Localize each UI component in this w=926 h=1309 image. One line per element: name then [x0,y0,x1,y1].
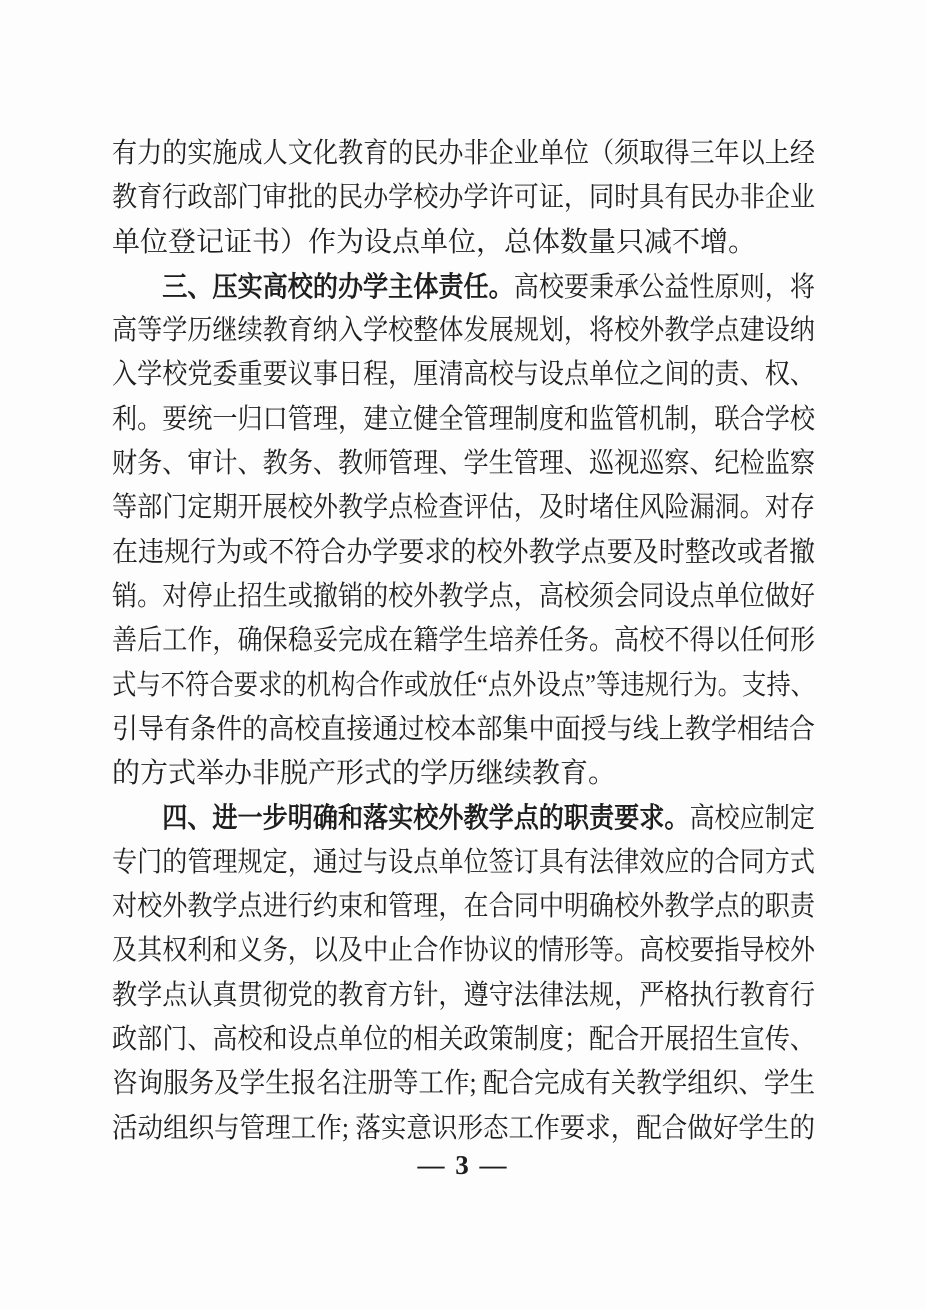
text-line: 咨询服务及学生报名注册等工作; 配合完成有关教学组织、学生 [112,1062,815,1106]
text-line: 入学校党委重要议事日程，厘清高校与设点单位之间的责、权、 [112,353,815,397]
line-text: 高等学历继续教育纳入学校整体发展规划，将校外教学点建设纳 [112,315,815,346]
document-page: 有力的实施成人文化教育的民办非企业单位（须取得三年以上经教育行政部门审批的民办学… [0,0,926,1309]
line-text: 专门的管理规定，通过与设点单位签订具有法律效应的合同方式 [112,847,815,878]
line-text: 有力的实施成人文化教育的民办非企业单位（须取得三年以上经 [112,138,815,169]
line-text: 高校要秉承公益性原则，将 [514,272,815,303]
line-text: 的方式举办非脱产形式的学历继续教育。 [112,758,616,789]
text-line: 教育行政部门审批的民办学校办学许可证，同时具有民办非企业 [112,176,815,220]
line-text: 咨询服务及学生报名注册等工作; 配合完成有关教学组织、学生 [112,1068,815,1099]
text-line: 高等学历继续教育纳入学校整体发展规划，将校外教学点建设纳 [112,309,815,353]
line-text: 教育行政部门审批的民办学校办学许可证，同时具有民办非企业 [112,182,815,213]
text-line: 引导有条件的高校直接通过校本部集中面授与线上教学相结合 [112,708,815,752]
text-line: 活动组织与管理工作; 落实意识形态工作要求，配合做好学生的 [112,1107,815,1151]
line-text: 等部门定期开展校外教学点检查评估，及时堵住风险漏洞。对存 [112,492,815,523]
text-line: 政部门、高校和设点单位的相关政策制度；配合开展招生宣传、 [112,1018,815,1062]
text-line: 及其权利和义务，以及中止合作协议的情形等。高校要指导校外 [112,929,815,973]
text-line: 财务、审计、教务、教师管理、学生管理、巡视巡察、纪检监察 [112,442,815,486]
text-line: 对校外教学点进行约束和管理，在合同中明确校外教学点的职责 [112,885,815,929]
line-text: 高校应制定 [689,803,815,834]
line-text: 在违规行为或不符合办学要求的校外教学点要及时整改或者撤 [112,537,815,568]
text-line: 利。要统一归口管理，建立健全管理制度和监管机制，联合学校 [112,398,815,442]
line-text: 销。对停止招生或撤销的校外教学点，高校须会同设点单位做好 [112,581,815,612]
text-line: 善后工作，确保稳妥完成在籍学生培养任务。高校不得以任何形 [112,619,815,663]
text-line: 在违规行为或不符合办学要求的校外教学点要及时整改或者撤 [112,531,815,575]
line-text: 活动组织与管理工作; 落实意识形态工作要求，配合做好学生的 [112,1113,815,1144]
line-text: 及其权利和义务，以及中止合作协议的情形等。高校要指导校外 [112,935,815,966]
text-line: 三、压实高校的办学主体责任。高校要秉承公益性原则，将 [112,265,815,309]
text-line: 销。对停止招生或撤销的校外教学点，高校须会同设点单位做好 [112,575,815,619]
text-line: 等部门定期开展校外教学点检查评估，及时堵住风险漏洞。对存 [112,486,815,530]
line-text: 引导有条件的高校直接通过校本部集中面授与线上教学相结合 [112,714,815,745]
line-text: 式与不符合要求的机构合作或放任“点外设点”等违规行为。支持、 [112,670,815,701]
section-heading: 四、进一步明确和落实校外教学点的职责要求。 [162,802,689,833]
text-line: 专门的管理规定，通过与设点单位签订具有法律效应的合同方式 [112,841,815,885]
text-line: 的方式举办非脱产形式的学历继续教育。 [112,752,815,796]
line-text: 对校外教学点进行约束和管理，在合同中明确校外教学点的职责 [112,891,815,922]
line-text: 单位登记证书）作为设点单位，总体数量只减不增。 [112,227,756,258]
text-line: 单位登记证书）作为设点单位，总体数量只减不增。 [112,221,815,265]
line-text: 教学点认真贯彻党的教育方针，遵守法律法规，严格执行教育行 [112,980,815,1011]
page-number: — 3 — [0,1150,926,1181]
line-text: 财务、审计、教务、教师管理、学生管理、巡视巡察、纪检监察 [112,448,815,479]
text-line: 式与不符合要求的机构合作或放任“点外设点”等违规行为。支持、 [112,664,815,708]
text-line: 四、进一步明确和落实校外教学点的职责要求。高校应制定 [112,796,815,840]
section-heading: 三、压实高校的办学主体责任。 [162,271,514,302]
line-text: 入学校党委重要议事日程，厘清高校与设点单位之间的责、权、 [112,359,815,390]
text-line: 有力的实施成人文化教育的民办非企业单位（须取得三年以上经 [112,132,815,176]
text-line: 教学点认真贯彻党的教育方针，遵守法律法规，严格执行教育行 [112,974,815,1018]
line-text: 利。要统一归口管理，建立健全管理制度和监管机制，联合学校 [112,404,815,435]
document-body: 有力的实施成人文化教育的民办非企业单位（须取得三年以上经教育行政部门审批的民办学… [112,132,815,1151]
line-text: 善后工作，确保稳妥完成在籍学生培养任务。高校不得以任何形 [112,625,815,656]
line-text: 政部门、高校和设点单位的相关政策制度；配合开展招生宣传、 [112,1024,815,1055]
